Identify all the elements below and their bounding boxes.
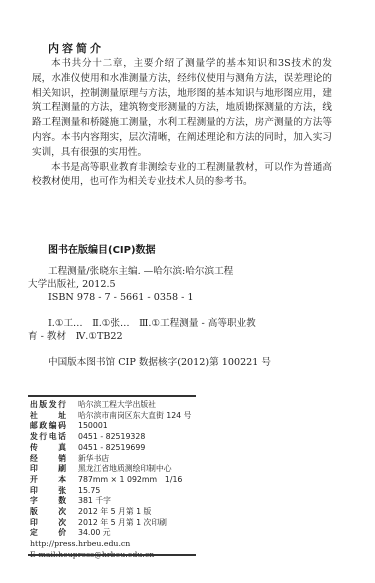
colophon-value: 787mm × 1 092mm 1/16 — [78, 475, 182, 486]
colophon-label: 社址 — [30, 411, 66, 422]
colophon-row: 邮政编码150001 — [30, 421, 191, 432]
colophon-label: 字数 — [30, 496, 66, 507]
colophon-row: 字数381 千字 — [30, 496, 191, 507]
colophon-label: 版次 — [30, 507, 66, 518]
divider-top — [28, 395, 196, 397]
colophon-label: 开本 — [30, 475, 66, 486]
cip-classification-2: 育 - 教材 Ⅳ.①TB22 — [28, 330, 358, 343]
colophon-value: 新华书店 — [78, 454, 109, 465]
colophon-label: 发行电话 — [30, 432, 66, 443]
colophon-label: 传真 — [30, 443, 66, 454]
summary-paragraph-2: 本书是高等职业教育非测绘专业的工程测量教材，可以作为普通高校教材使用，也可作为相… — [32, 161, 332, 191]
colophon-row: 经销新华书店 — [30, 454, 191, 465]
divider-bottom — [28, 554, 196, 556]
colophon-value: 黑龙江省地质测绘印制中心 — [78, 464, 172, 475]
colophon-label: 印张 — [30, 486, 66, 497]
colophon-label: 出版发行 — [30, 400, 66, 411]
colophon-value: 哈尔滨工程大学出版社 — [78, 400, 156, 411]
cip-isbn: ISBN 978 - 7 - 5661 - 0358 - 1 — [28, 291, 358, 304]
colophon: 出版发行哈尔滨工程大学出版社社址哈尔滨市南岗区东大直街 124 号邮政编码150… — [30, 400, 191, 561]
cip-title: 图书在版编目(CIP)数据 — [48, 241, 156, 256]
colophon-value: 2012 年 5 月第 1 版 — [78, 507, 151, 518]
colophon-value: 0451 - 82519699 — [78, 443, 145, 454]
colophon-label: 经销 — [30, 454, 66, 465]
cip-block: 工程测量/张晓东主编. —哈尔滨:哈尔滨工程 大学出版社, 2012.5 ISB… — [28, 265, 358, 369]
colophon-label: 印次 — [30, 518, 66, 529]
cip-line-title: 工程测量/张晓东主编. —哈尔滨:哈尔滨工程 — [28, 265, 358, 278]
colophon-value: 哈尔滨市南岗区东大直街 124 号 — [78, 411, 191, 422]
colophon-row: 传真0451 - 82519699 — [30, 443, 191, 454]
colophon-row: 出版发行哈尔滨工程大学出版社 — [30, 400, 191, 411]
colophon-row: 开本787mm × 1 092mm 1/16 — [30, 475, 191, 486]
section-title-summary: 内容简介 — [48, 40, 104, 56]
colophon-value: 2012 年 5 月第 1 次印刷 — [78, 518, 167, 529]
summary-text: 本书共分十二章，主要介绍了测量学的基本知识和3S技术的发展，水准仪使用和水准测量… — [32, 57, 332, 190]
website-link[interactable]: http://press.hrbeu.edu.cn — [30, 539, 191, 550]
summary-paragraph-1: 本书共分十二章，主要介绍了测量学的基本知识和3S技术的发展，水准仪使用和水准测量… — [32, 57, 332, 161]
colophon-row: 印次2012 年 5 月第 1 次印刷 — [30, 518, 191, 529]
colophon-row: 印张15.75 — [30, 486, 191, 497]
colophon-label: 邮政编码 — [30, 421, 66, 432]
cip-record-number: 中国版本图书馆 CIP 数据核字(2012)第 100221 号 — [28, 356, 358, 369]
colophon-row: 社址哈尔滨市南岗区东大直街 124 号 — [30, 411, 191, 422]
cip-line-publisher: 大学出版社, 2012.5 — [28, 278, 358, 291]
colophon-row: 定价34.00 元 — [30, 528, 191, 539]
colophon-value: 0451 - 82519328 — [78, 432, 145, 443]
colophon-value: 381 千字 — [78, 496, 111, 507]
colophon-value: 34.00 元 — [78, 528, 111, 539]
colophon-label: 定价 — [30, 528, 66, 539]
cip-classification-1: Ⅰ.①工… Ⅱ.①张… Ⅲ.①工程测量 - 高等职业教 — [28, 317, 358, 330]
colophon-row: 发行电话0451 - 82519328 — [30, 432, 191, 443]
colophon-label: 印刷 — [30, 464, 66, 475]
colophon-value: 150001 — [78, 421, 108, 432]
colophon-row: 印刷黑龙江省地质测绘印制中心 — [30, 464, 191, 475]
colophon-value: 15.75 — [78, 486, 100, 497]
colophon-row: 版次2012 年 5 月第 1 版 — [30, 507, 191, 518]
